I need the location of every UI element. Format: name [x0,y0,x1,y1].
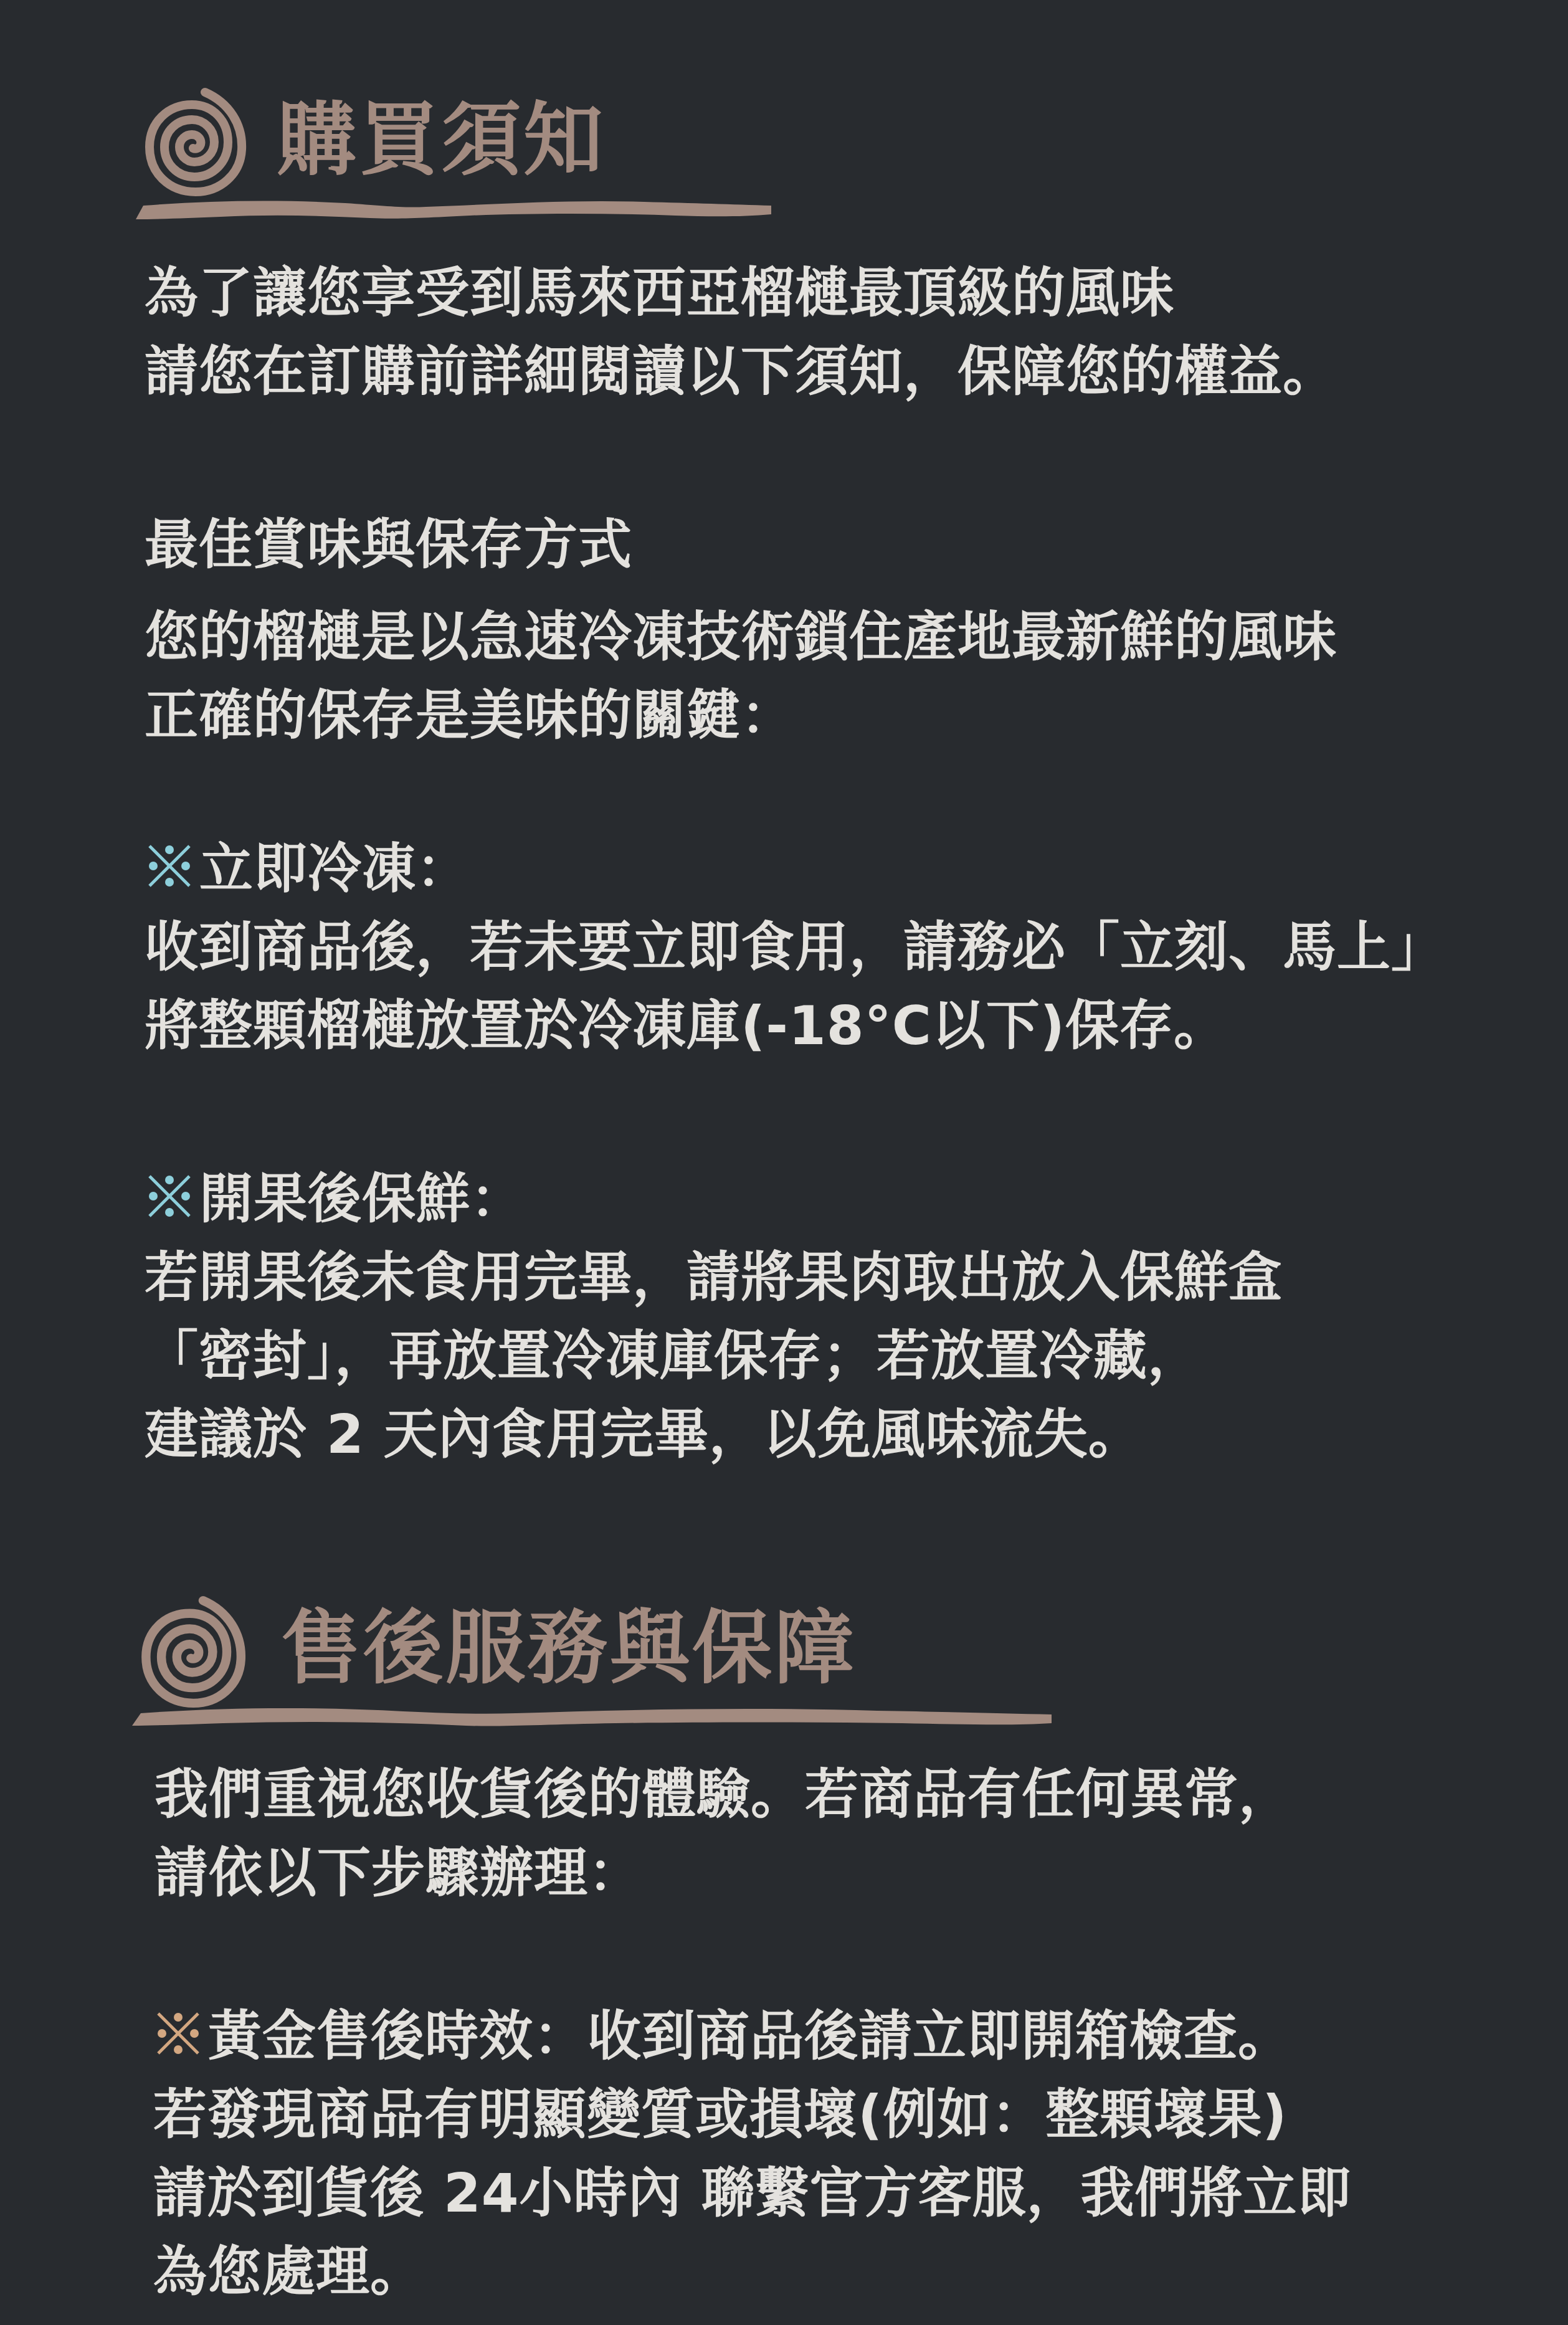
after-opening-line: 「密封」，再放置冷凍庫保存；若放置冷藏， [145,1317,1283,1395]
freeze-title: 立即冷凍： [199,838,470,900]
storage-heading: 最佳賞味與保存方式 [145,506,1337,598]
intro-line: 請您在訂購前詳細閱讀以下須知，保障您的權益。 [145,333,1337,411]
after-sales-title: 售後服務與保障 [281,1609,857,1689]
storage-guide: 最佳賞味與保存方式 您的榴槤是以急速冷凍技術鎖住產地最新鮮的風味 正確的保存是美… [145,506,1337,755]
heading-underline [133,198,775,224]
storage-line: 您的榴槤是以急速冷凍技術鎖住產地最新鮮的風味 [145,598,1337,677]
after-sales-heading: 售後服務與保障 [138,1595,857,1708]
after-opening-line: 建議於 2 天內食用完畢，以免風味流失。 [145,1395,1283,1474]
heading-underline [130,1706,1055,1731]
intro-line: 為了讓您享受到馬來西亞榴槤最頂級的風味 [145,254,1337,333]
spiral-icon [138,1595,247,1708]
reference-mark-icon [145,841,194,891]
after-opening-line: 若開果後未食用完畢，請將果肉取出放入保鮮盒 [145,1239,1283,1317]
after-sales-intro-line: 我們重視您收貨後的體驗。若商品有任何異常， [154,1756,1293,1834]
reference-mark-icon [145,1171,194,1221]
golden-period-line: 若發現商品有明顯變質或損壞(例如：整顆壞果) [153,2076,1352,2154]
golden-period-instruction: 黃金售後時效：收到商品後請立即開箱檢查。 若發現商品有明顯變質或損壞(例如：整顆… [153,1997,1352,2311]
after-opening-instruction: 開果後保鮮： 若開果後未食用完畢，請將果肉取出放入保鮮盒 「密封」，再放置冷凍庫… [145,1160,1283,1474]
golden-period-line: 為您處理。 [153,2233,1352,2311]
purchase-notice-title: 購買須知 [277,101,606,181]
purchase-notice-heading: 購買須知 [142,87,606,196]
golden-period-line: 請於到貨後 24小時內 聯繫官方客服，我們將立即 [153,2154,1352,2233]
purchase-intro: 為了讓您享受到馬來西亞榴槤最頂級的風味 請您在訂購前詳細閱讀以下須知，保障您的權… [145,254,1337,411]
freeze-title-row: 立即冷凍： [145,830,1445,908]
freeze-line: 收到商品後，若未要立即食用，請務必「立刻、馬上」 [145,908,1445,987]
after-opening-title-row: 開果後保鮮： [145,1160,1283,1239]
freeze-instruction: 立即冷凍： 收到商品後，若未要立即食用，請務必「立刻、馬上」 將整顆榴槤放置於冷… [145,830,1445,1065]
after-sales-intro: 我們重視您收貨後的體驗。若商品有任何異常， 請依以下步驟辦理： [154,1756,1293,1913]
storage-line: 正確的保存是美味的關鍵： [145,677,1337,755]
spiral-icon [142,87,248,196]
golden-period-title-row: 黃金售後時效：收到商品後請立即開箱檢查。 [153,1997,1352,2076]
after-sales-intro-line: 請依以下步驟辦理： [154,1834,1293,1913]
reference-mark-icon [153,2009,203,2058]
freeze-line: 將整顆榴槤放置於冷凍庫(-18°C以下)保存。 [145,987,1445,1065]
after-opening-title: 開果後保鮮： [199,1168,525,1230]
golden-period-title: 黃金售後時效：收到商品後請立即開箱檢查。 [208,2005,1292,2068]
